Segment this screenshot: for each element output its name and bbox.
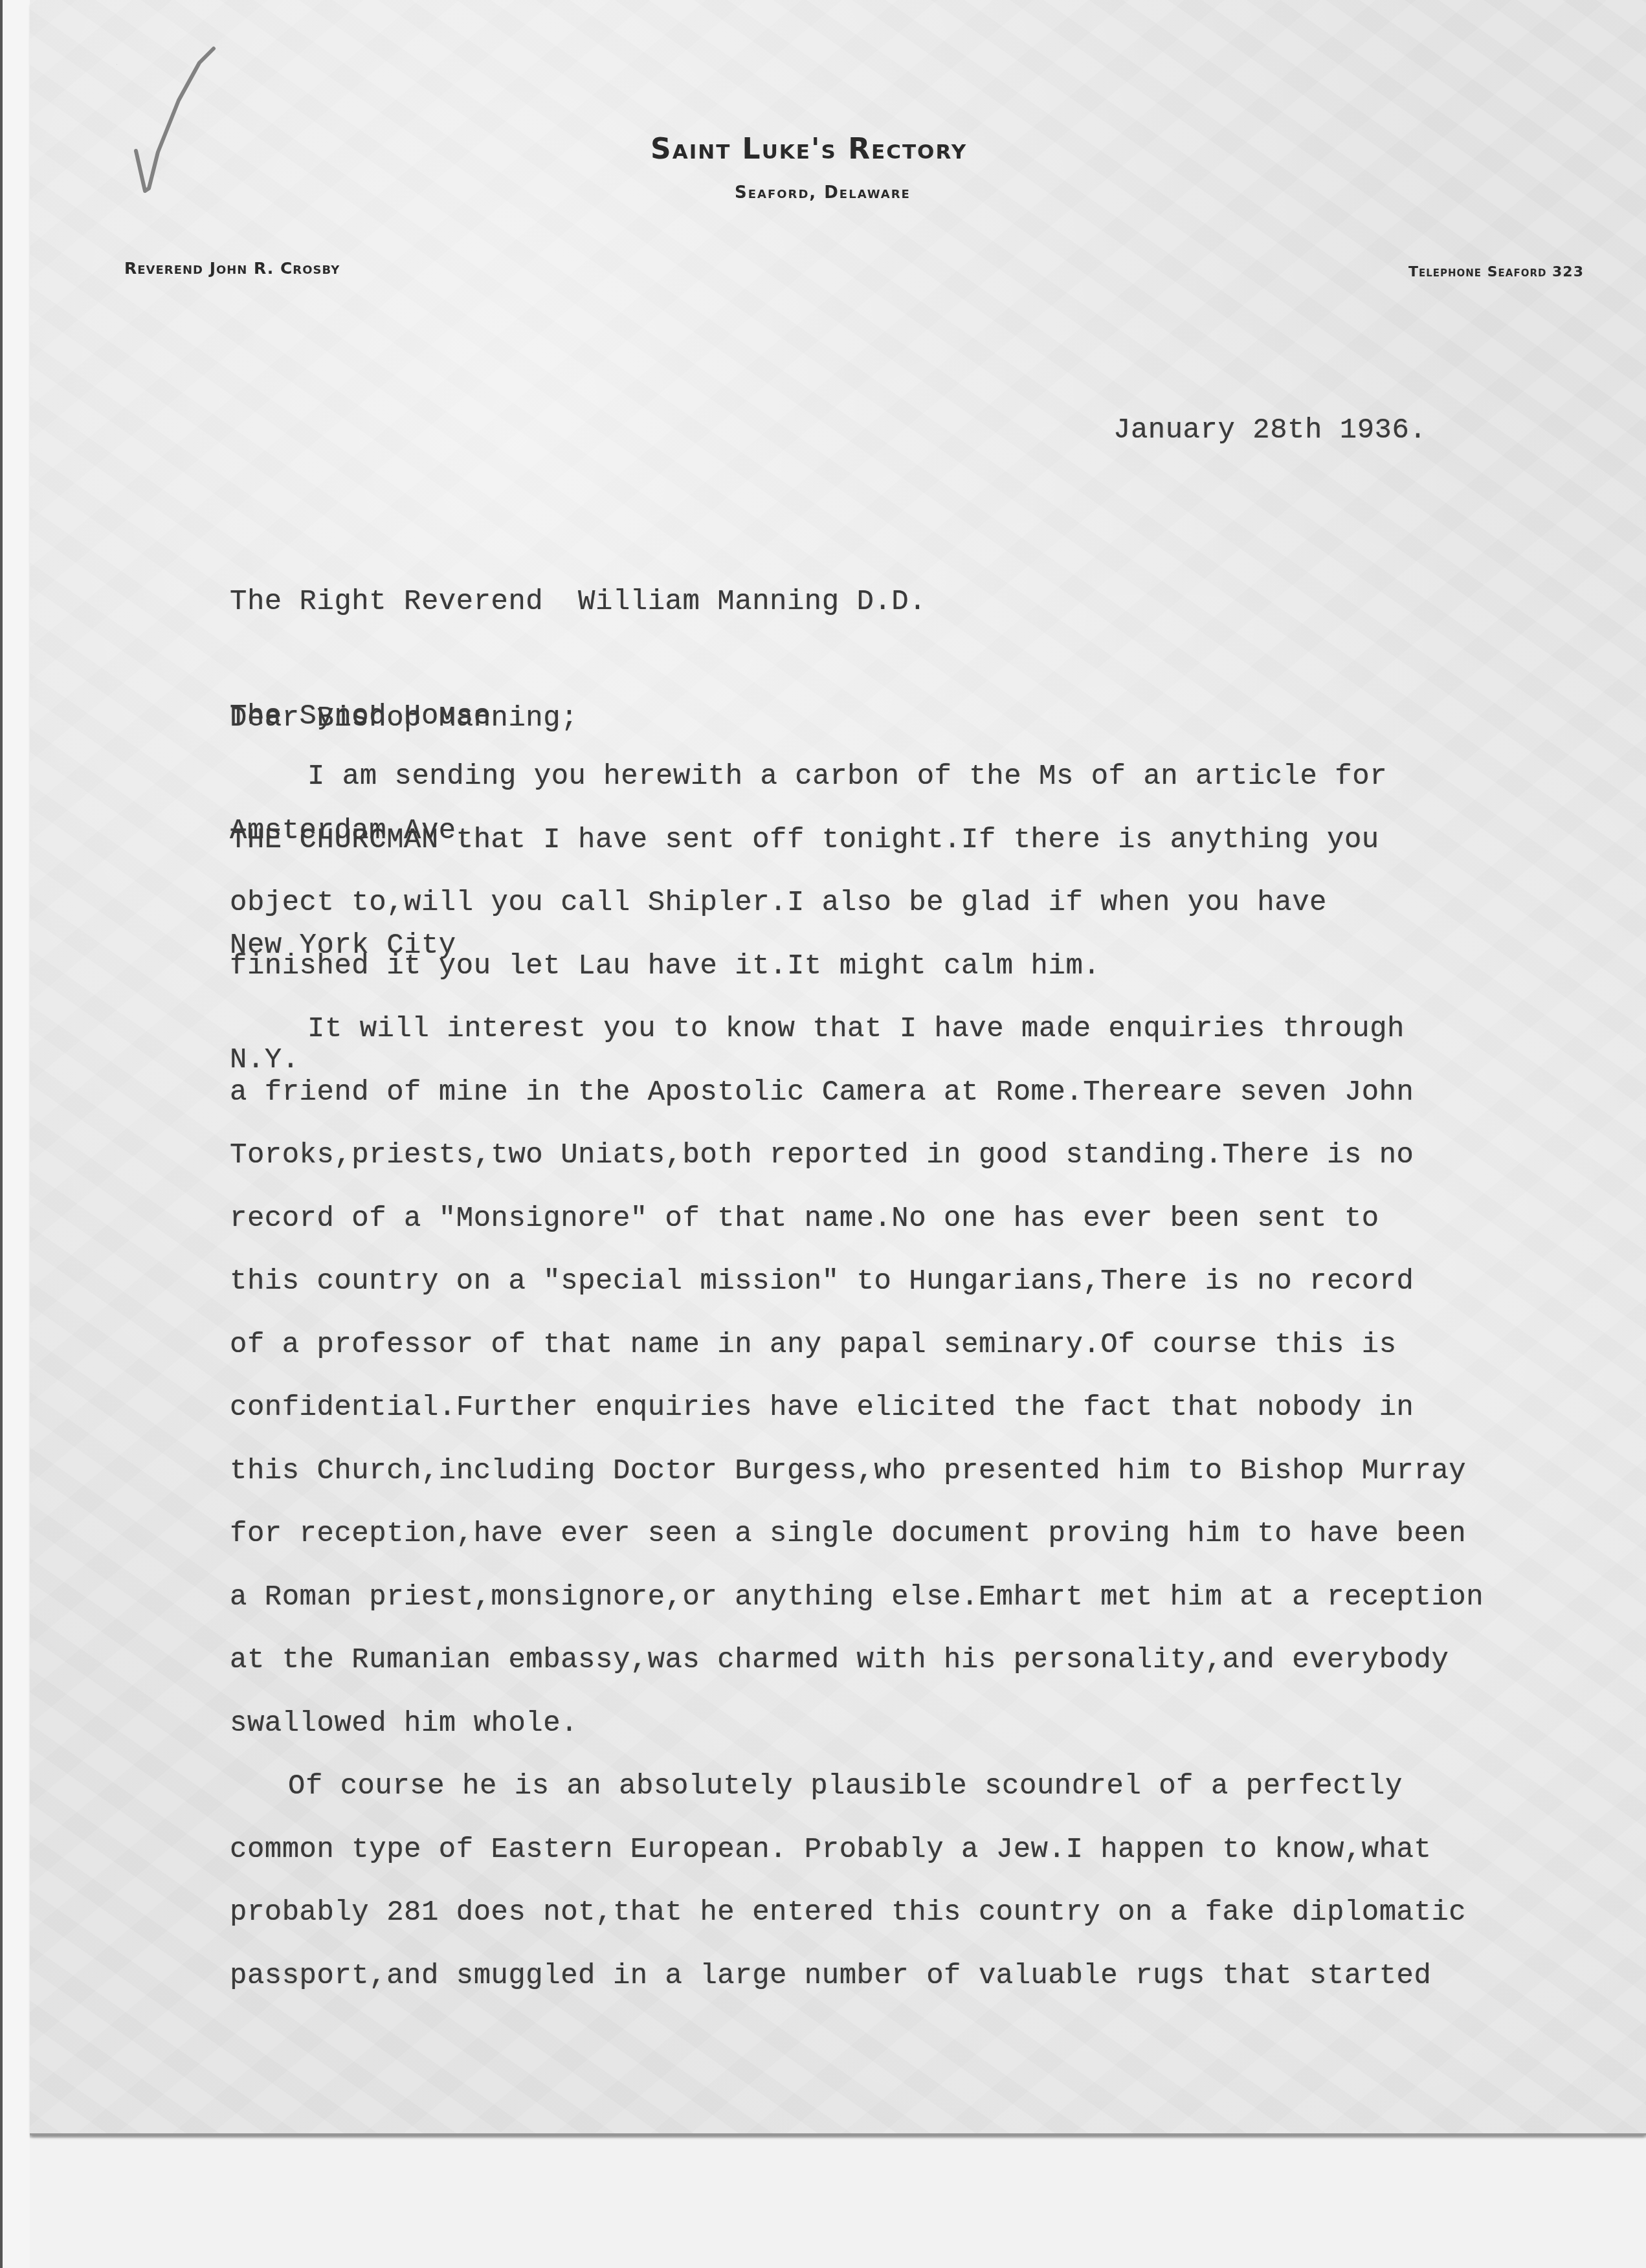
letterhead-sender: Reverend John R. Crosby [124,259,340,278]
body-line: record of a "Monsignore" of that name.No… [230,1199,1646,1263]
body-line: object to,will you call Shipler.I also b… [230,884,1646,947]
body-line: this country on a "special mission" to H… [230,1262,1646,1326]
body-line: at the Rumanian embassy,was charmed with… [230,1641,1646,1704]
body-line: this Church,including Doctor Burgess,who… [230,1452,1646,1515]
letterhead-title: Saint Luke's Rectory [651,133,967,166]
body-line: finished it you let Lau have it.It might… [230,947,1646,1010]
paper-edge-shadow [30,2133,1646,2139]
letter-body: I am sending you herewith a carbon of th… [230,757,1646,2019]
body-line: It will interest you to know that I have… [230,1010,1646,1073]
body-line: I am sending you herewith a carbon of th… [230,757,1646,821]
body-line: common type of Eastern European. Probabl… [230,1830,1646,1894]
salutation: Dear Bishop Manning; [230,702,578,735]
body-line: a friend of mine in the Apostolic Camera… [230,1073,1646,1137]
body-line: of a professor of that name in any papal… [230,1326,1646,1389]
body-line: THE CHURCMAN that I have sent off tonigh… [230,821,1646,884]
body-line: confidential.Further enquiries have elic… [230,1388,1646,1452]
body-line: a Roman priest,monsignore,or anything el… [230,1578,1646,1641]
body-line: Of course he is an absolutely plausible … [230,1767,1646,1830]
body-line: swallowed him whole. [230,1704,1646,1768]
body-line: probably 281 does not,that he entered th… [230,1893,1646,1957]
scan-margin [3,0,30,2268]
check-mark-icon [117,36,259,204]
letter-date: January 28th 1936. [1113,414,1427,447]
letterhead-telephone: Telephone Seaford 323 [1408,264,1584,280]
body-line: Toroks,priests,two Uniats,both reported … [230,1136,1646,1199]
body-line: for reception,have ever seen a single do… [230,1515,1646,1578]
address-line: The Right Reverend William Manning D.D. [230,583,926,621]
letterhead-location: Seaford, Delaware [735,183,911,203]
body-line: passport,and smuggled in a large number … [230,1957,1646,2020]
